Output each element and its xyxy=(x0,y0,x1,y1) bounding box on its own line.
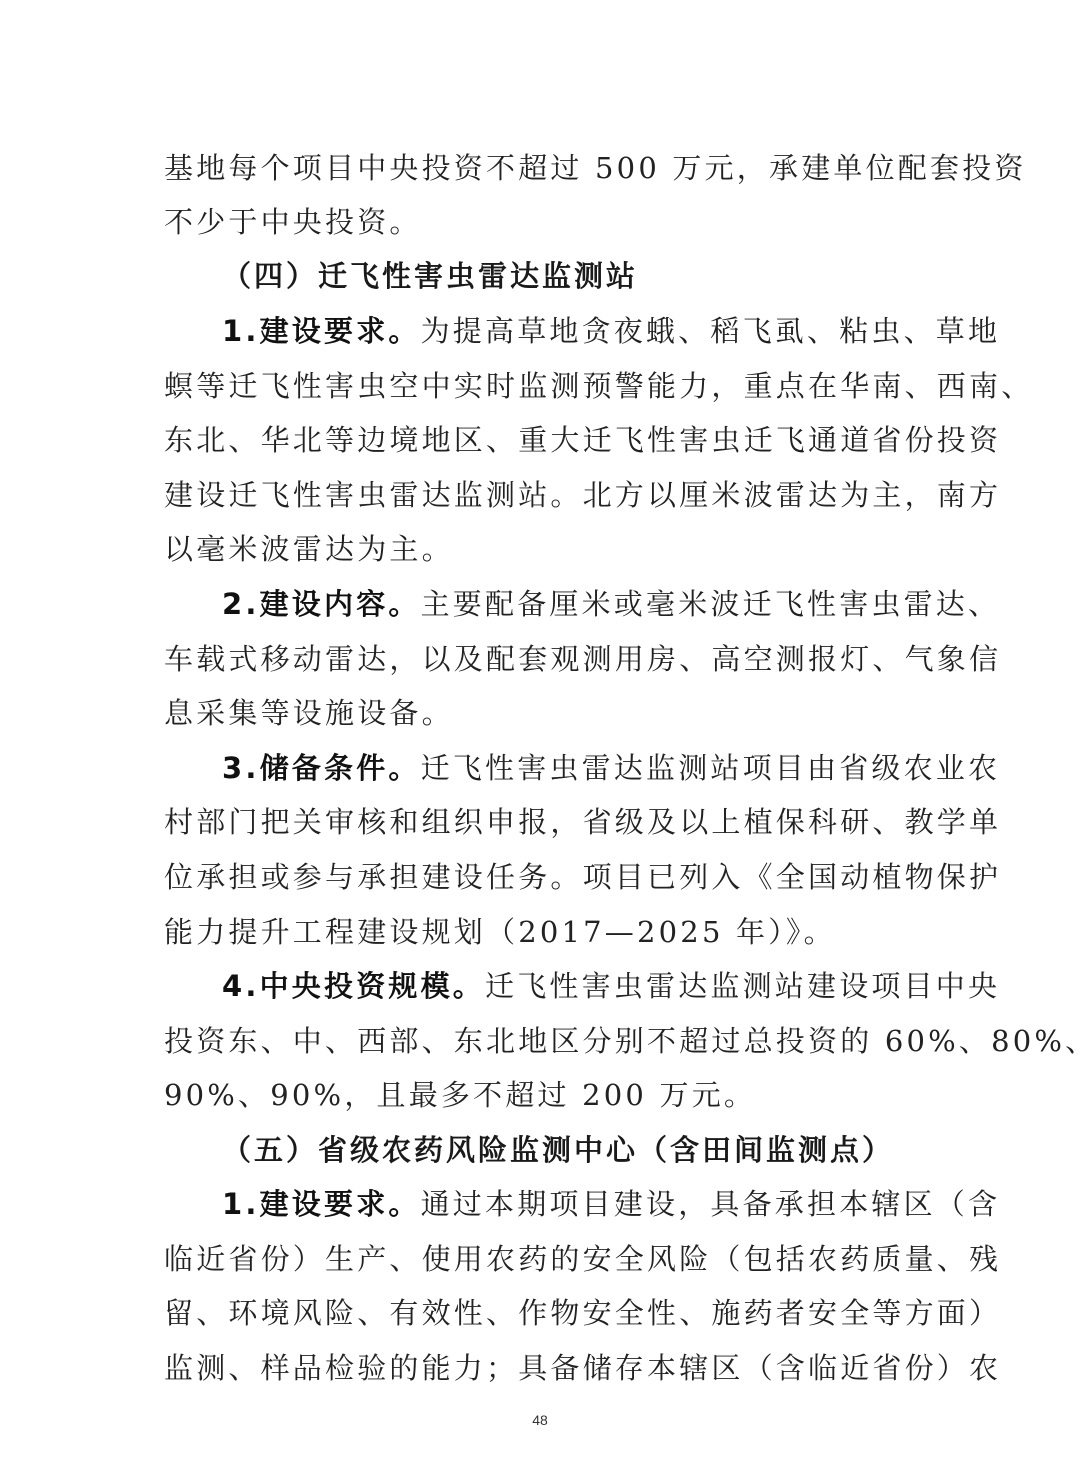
text: 建设迁飞性害虫雷达监测站。北方以厘米波雷达为主，南方 xyxy=(164,478,1001,512)
paragraph-first-line: 1.建设要求。通过本期项目建设，具备承担本辖区（含 xyxy=(222,1184,974,1224)
text: 位承担或参与承担建设任务。项目已列入《全国动植物保护 xyxy=(164,860,1001,894)
body-text-line: 村部门把关审核和组织申报，省级及以上植保科研、教学单 xyxy=(164,802,916,842)
paragraph-label: 1.建设要求。 xyxy=(222,1187,421,1221)
paragraph-first-line: 3.储备条件。迁飞性害虫雷达监测站项目由省级农业农 xyxy=(222,748,974,788)
text: 螟等迁飞性害虫空中实时监测预警能力，重点在华南、西南、 xyxy=(164,369,1033,403)
paragraph-first-line: 1.建设要求。为提高草地贪夜蛾、稻飞虱、粘虫、草地 xyxy=(222,311,974,351)
body-text-line: 东北、华北等边境地区、重大迁飞性害虫迁飞通道省份投资 xyxy=(164,420,916,460)
body-text-line: 监测、样品检验的能力；具备储存本辖区（含临近省份）农 xyxy=(164,1348,916,1388)
body-text-line: 临近省份）生产、使用农药的安全风险（包括农药质量、残 xyxy=(164,1239,916,1279)
paragraph-label: 2.建设内容。 xyxy=(222,587,421,621)
section-heading-4: （四）迁飞性害虫雷达监测站 xyxy=(222,256,974,296)
body-text-line: 基地每个项目中央投资不超过 500 万元，承建单位配套投资 xyxy=(164,148,916,188)
text: 为提高草地贪夜蛾、稻飞虱、粘虫、草地 xyxy=(421,314,1001,348)
paragraph-first-line: 4.中央投资规模。迁飞性害虫雷达监测站建设项目中央 xyxy=(222,966,974,1006)
body-text-line: 能力提升工程建设规划（2017—2025 年）》。 xyxy=(164,912,916,952)
text: 主要配备厘米或毫米波迁飞性害虫雷达、 xyxy=(421,587,1001,621)
body-text-line: 投资东、中、西部、东北地区分别不超过总投资的 60%、80%、 xyxy=(164,1021,916,1061)
text: 基地每个项目中央投资不超过 500 万元，承建单位配套投资 xyxy=(164,151,1027,185)
text: 能力提升工程建设规划（2017—2025 年）》。 xyxy=(164,915,836,949)
body-text-line: 位承担或参与承担建设任务。项目已列入《全国动植物保护 xyxy=(164,857,916,897)
text: 以毫米波雷达为主。 xyxy=(164,532,454,566)
paragraph-label: 1.建设要求。 xyxy=(222,314,421,348)
page-number: 48 xyxy=(0,1412,1080,1428)
text: 通过本期项目建设，具备承担本辖区（含 xyxy=(421,1187,1001,1221)
paragraph-label: 4.中央投资规模。 xyxy=(222,969,485,1003)
body-text-line: 息采集等设施设备。 xyxy=(164,693,916,733)
body-text-line: 螟等迁飞性害虫空中实时监测预警能力，重点在华南、西南、 xyxy=(164,366,916,406)
text: 临近省份）生产、使用农药的安全风险（包括农药质量、残 xyxy=(164,1242,1001,1276)
text: 监测、样品检验的能力；具备储存本辖区（含临近省份）农 xyxy=(164,1351,1001,1385)
text: 90%、90%，且最多不超过 200 万元。 xyxy=(164,1078,756,1112)
text: 不少于中央投资。 xyxy=(164,205,422,239)
paragraph-first-line: 2.建设内容。主要配备厘米或毫米波迁飞性害虫雷达、 xyxy=(222,584,974,624)
body-text-line: 90%、90%，且最多不超过 200 万元。 xyxy=(164,1075,916,1115)
text: 车载式移动雷达，以及配套观测用房、高空测报灯、气象信 xyxy=(164,642,1001,676)
text: 迁飞性害虫雷达监测站项目由省级农业农 xyxy=(421,751,1001,785)
body-text-line: 不少于中央投资。 xyxy=(164,202,916,242)
section-heading-5: （五）省级农药风险监测中心（含田间监测点） xyxy=(222,1130,974,1170)
text: 留、环境风险、有效性、作物安全性、施药者安全等方面） xyxy=(164,1296,1001,1330)
text: 迁飞性害虫雷达监测站建设项目中央 xyxy=(485,969,1000,1003)
body-text-line: 以毫米波雷达为主。 xyxy=(164,529,916,569)
paragraph-label: 3.储备条件。 xyxy=(222,751,421,785)
body-text-line: 留、环境风险、有效性、作物安全性、施药者安全等方面） xyxy=(164,1293,916,1333)
text: 村部门把关审核和组织申报，省级及以上植保科研、教学单 xyxy=(164,805,1001,839)
body-text-line: 车载式移动雷达，以及配套观测用房、高空测报灯、气象信 xyxy=(164,639,916,679)
text: 息采集等设施设备。 xyxy=(164,696,454,730)
body-text-line: 建设迁飞性害虫雷达监测站。北方以厘米波雷达为主，南方 xyxy=(164,475,916,515)
document-page: 基地每个项目中央投资不超过 500 万元，承建单位配套投资 不少于中央投资。 （… xyxy=(0,0,1080,1459)
text: 投资东、中、西部、东北地区分别不超过总投资的 60%、80%、 xyxy=(164,1024,1080,1058)
text: 东北、华北等边境地区、重大迁飞性害虫迁飞通道省份投资 xyxy=(164,423,1001,457)
